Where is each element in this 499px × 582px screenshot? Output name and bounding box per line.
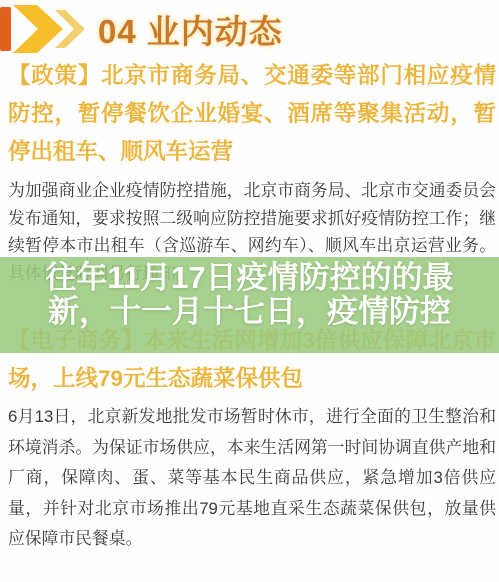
section-number: 04 <box>98 13 137 50</box>
chevron-icon <box>0 4 92 54</box>
policy-headline: 【政策】北京市商务局、交通委等部门相应疫情防控，暂停餐饮企业婚宴、酒席等聚集活动… <box>8 57 496 171</box>
article-page: { "header": { "section_number": "04", "s… <box>0 0 499 582</box>
ecommerce-body: 6月13日，北京新发地批发市场暂时休市，进行全面的卫生整治和环境消杀。为保证市场… <box>8 402 496 555</box>
section-title-text: 业内动态 <box>147 13 283 50</box>
caption-line-1: 往年11月17日疫情防控的的最 <box>45 261 453 295</box>
caption-line-2: 新，十一月十七日，疫情防控 <box>48 295 451 329</box>
caption-overlay: 往年11月17日疫情防控的的最 新，十一月十七日，疫情防控 <box>0 257 499 353</box>
section-title: 04业内动态 <box>98 6 283 53</box>
accent-bar <box>0 7 11 51</box>
section-header: 04业内动态 <box>0 4 283 54</box>
